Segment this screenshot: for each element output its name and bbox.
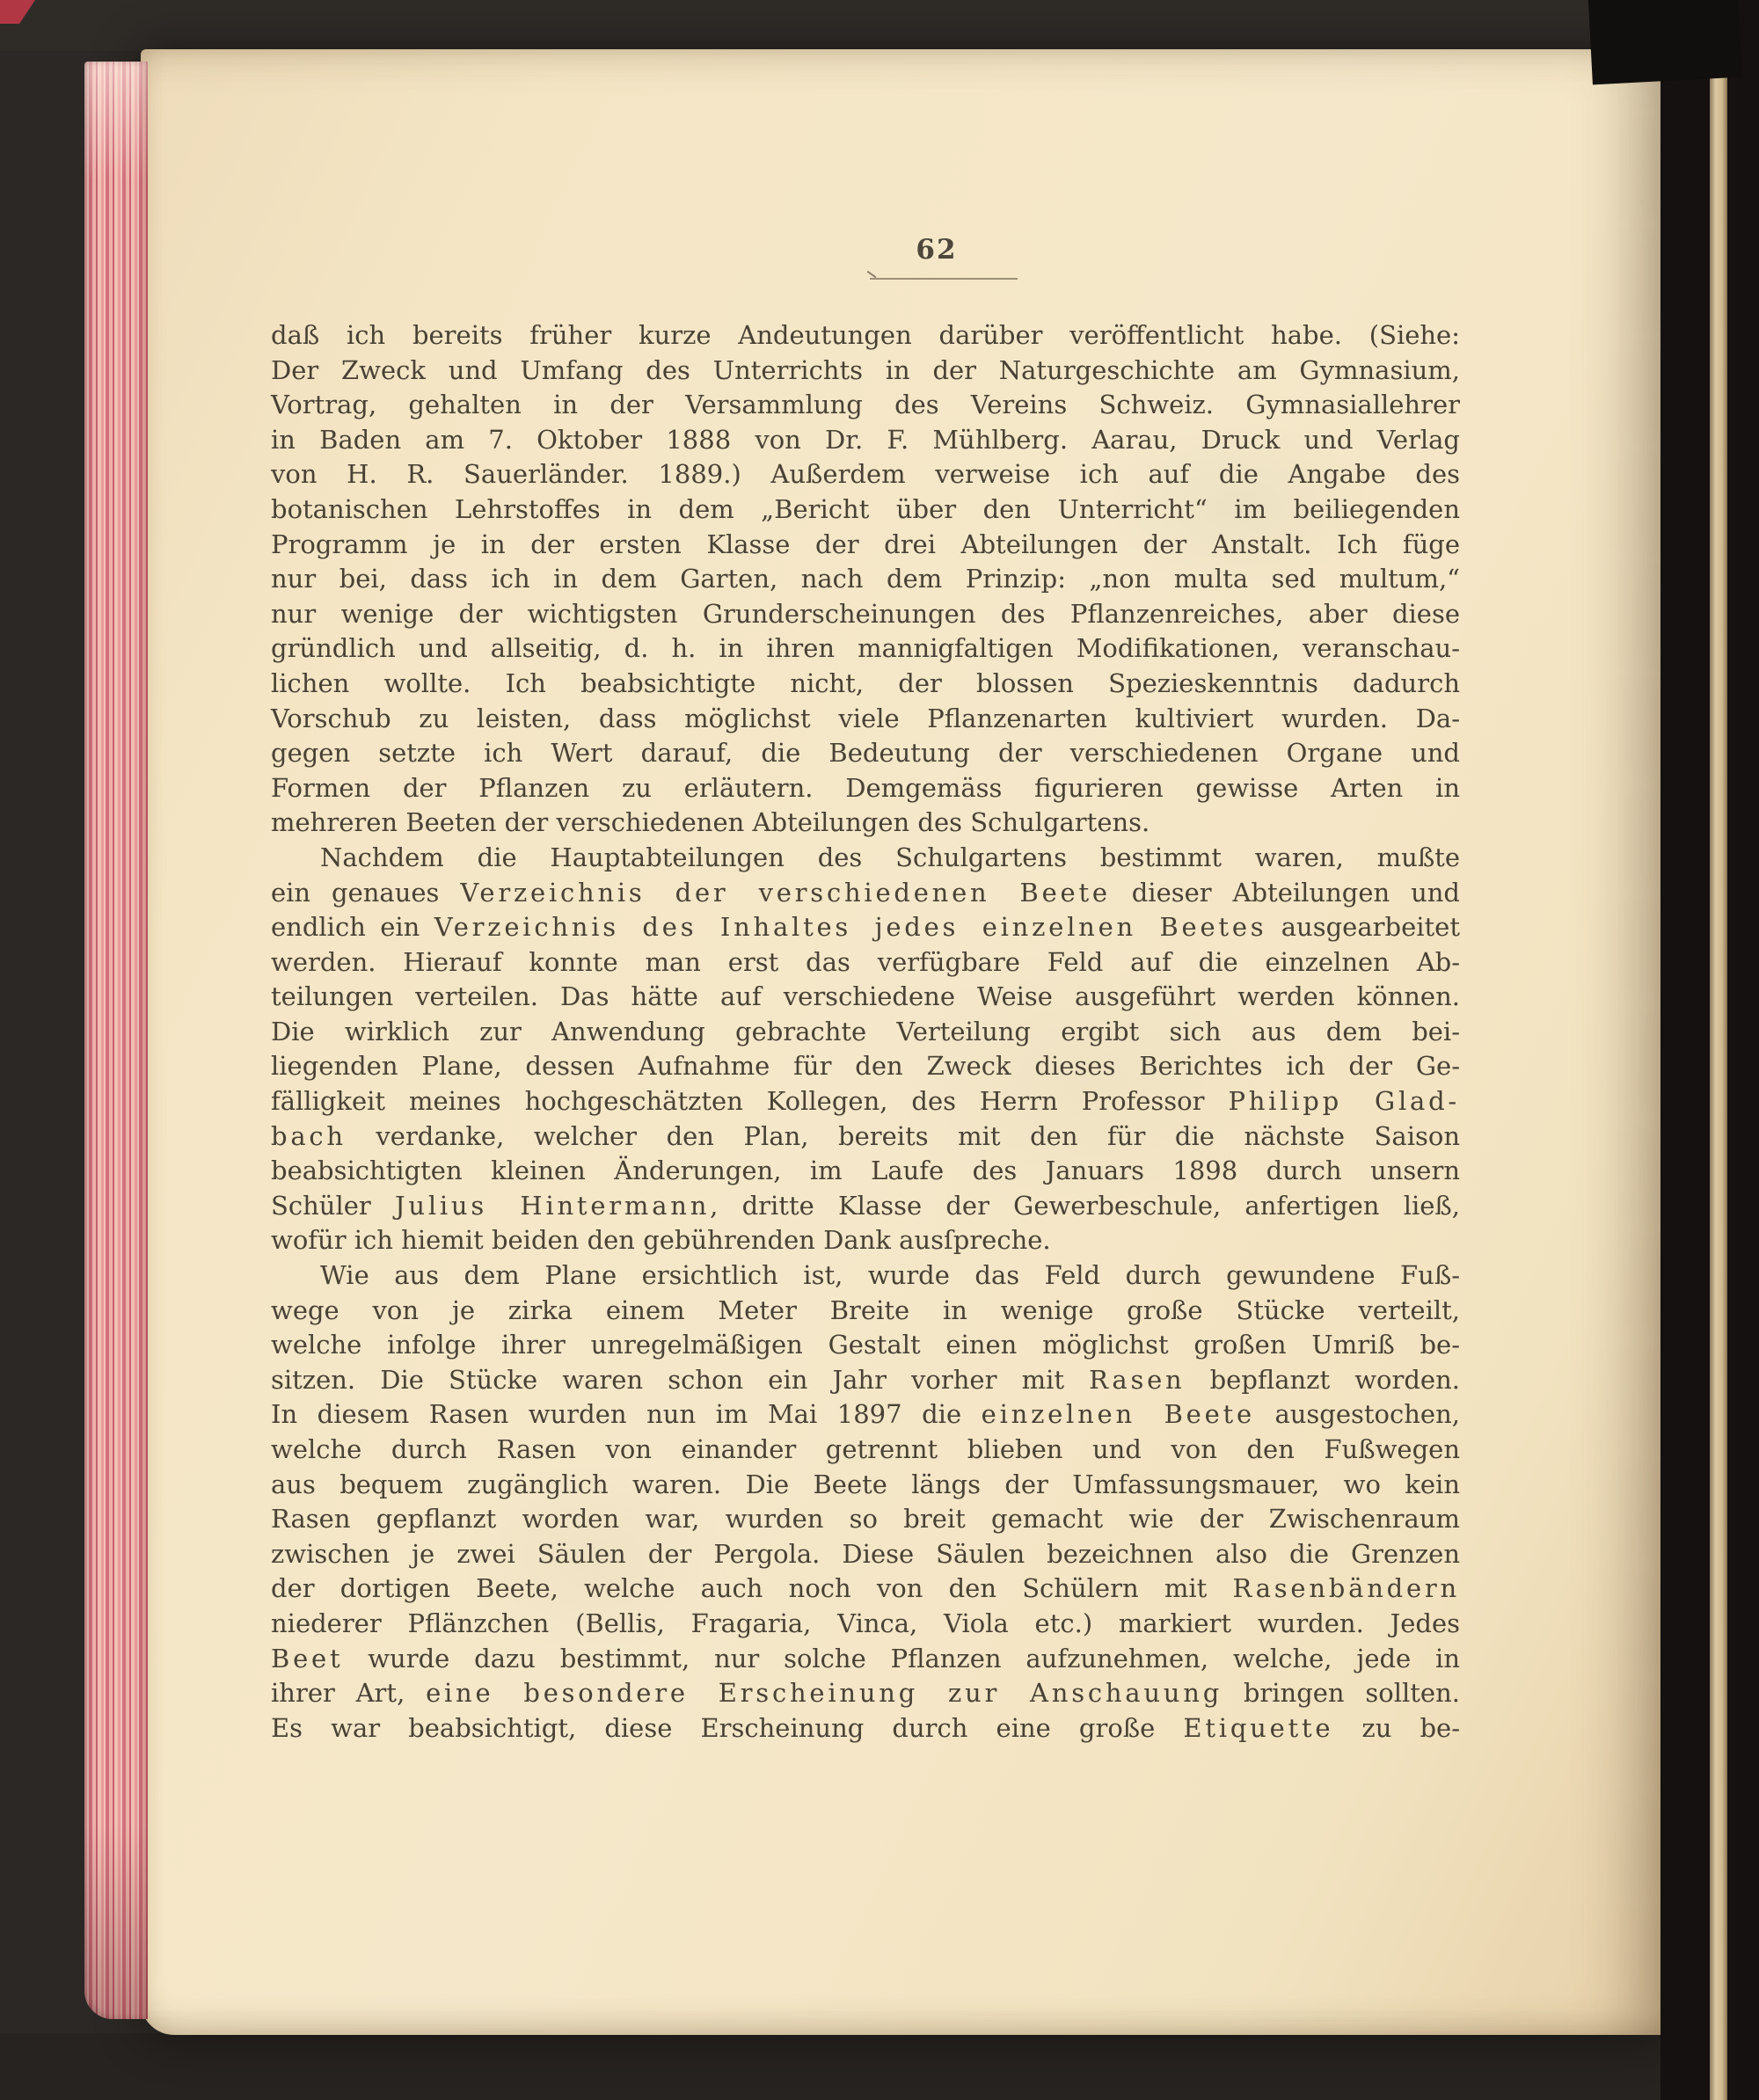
- text-line: In diesem Rasen wurden nun im Mai 1897 d…: [271, 1397, 1460, 1433]
- text-line: botanischen Lehrstoffes in dem „Bericht …: [271, 492, 1460, 528]
- text-line: Formen der Pflanzen zu erläutern. Demgem…: [271, 771, 1460, 806]
- text-line: Vortrag, gehalten in der Versammlung des…: [271, 388, 1460, 423]
- text-line: Nachdem die Hauptabteilungen des Schulga…: [271, 841, 1460, 876]
- text-line: in Baden am 7. Oktober 1888 von Dr. F. M…: [271, 423, 1460, 458]
- text-line: beabsichtigten kleinen Änderungen, im La…: [271, 1154, 1460, 1189]
- next-page-edge: [1710, 42, 1727, 2100]
- text-line: Beet wurde dazu bestimmt, nur solche Pfl…: [271, 1642, 1460, 1677]
- letterspaced-text: Verzeichnis des Inhaltes jedes einzelnen…: [434, 912, 1267, 942]
- text-line: lichen wollte. Ich beabsichtigte nicht, …: [271, 667, 1460, 702]
- page-text: daß ich bereits früher kurze Andeutungen…: [271, 318, 1460, 1746]
- text-line: der dortigen Beete, welche auch noch von…: [271, 1571, 1460, 1607]
- text-line: endlich ein Verzeichnis des Inhaltes jed…: [271, 910, 1460, 945]
- text-line: Vorschub zu leisten, dass möglichst viel…: [271, 702, 1460, 737]
- letterspaced-text: Philipp Glad-: [1228, 1086, 1460, 1116]
- text-line: bach verdanke, welcher den Plan, bereits…: [271, 1119, 1460, 1155]
- letterspaced-text: Verzeichnis der verschiedenen Beete: [460, 878, 1111, 908]
- text-line: nur wenige der wichtigsten Grunderschein…: [271, 597, 1460, 632]
- text-line: aus bequem zugänglich waren. Die Beete l…: [271, 1468, 1460, 1503]
- text-line: gründlich und allseitig, d. h. in ihren …: [271, 631, 1460, 667]
- text-line: ein genaues Verzeichnis der verschiedene…: [271, 876, 1460, 911]
- text-line: nur bei, dass ich in dem Garten, nach de…: [271, 562, 1460, 597]
- letterspaced-text: Rasenbändern: [1232, 1573, 1460, 1603]
- text-line: von H. R. Sauerländer. 1889.) Außerdem v…: [271, 457, 1460, 492]
- text-line: zwischen je zwei Säulen der Pergola. Die…: [271, 1537, 1460, 1572]
- background-top: [0, 0, 1759, 51]
- text-line: Programm je in der ersten Klasse der dre…: [271, 528, 1460, 563]
- letterspaced-text: bach: [271, 1121, 347, 1151]
- text-line: Wie aus dem Plane ersichtlich ist, wurde…: [271, 1258, 1460, 1294]
- text-line: ihrer Art, eine besondere Erscheinung zu…: [271, 1676, 1460, 1711]
- text-line: fälligkeit meines hochgeschätzten Kolleg…: [271, 1084, 1460, 1119]
- letterspaced-text: Beet: [271, 1644, 343, 1673]
- text-line: daß ich bereits früher kurze Andeutungen…: [271, 318, 1460, 354]
- letterspaced-text: eine besondere Erscheinung zur Anschauun…: [426, 1678, 1223, 1708]
- page-edge-stack: [84, 62, 148, 2019]
- letterspaced-text: Rasen: [1089, 1365, 1185, 1395]
- letterspaced-text: Etiquette: [1183, 1713, 1333, 1743]
- background-bottom: [0, 2033, 1759, 2100]
- text-line: welche infolge ihrer unregelmäßigen Gest…: [271, 1328, 1460, 1363]
- page-header: 62: [853, 234, 1020, 280]
- text-line: wofür ich hiemit beiden den gebührenden …: [271, 1223, 1460, 1258]
- text-line: Rasen gepflanzt worden war, wurden so br…: [271, 1502, 1460, 1537]
- text-line: Schüler Julius Hintermann, dritte Klasse…: [271, 1189, 1460, 1224]
- text-line: sitzen. Die Stücke waren schon ein Jahr …: [271, 1363, 1460, 1398]
- text-line: niederer Pflänzchen (Bellis, Fragaria, V…: [271, 1607, 1460, 1642]
- text-line: welche durch Rasen von einander getrennt…: [271, 1433, 1460, 1468]
- text-line: gegen setzte ich Wert darauf, die Bedeut…: [271, 736, 1460, 771]
- text-line: werden. Hierauf konnte man erst das verf…: [271, 945, 1460, 981]
- corner-shadow: [1587, 0, 1741, 84]
- page-number-rule: [870, 278, 1018, 280]
- letterspaced-text: einzelnen Beete: [982, 1399, 1255, 1429]
- letterspaced-text: Julius Hintermann: [395, 1191, 710, 1221]
- text-line: Die wirklich zur Anwendung gebrachte Ver…: [271, 1015, 1460, 1050]
- book-scan: 62 daß ich bereits früher kurze Andeutun…: [0, 0, 1759, 2100]
- text-line: teilungen verteilen. Das hätte auf versc…: [271, 980, 1460, 1015]
- text-line: wege von je zirka einem Meter Breite in …: [271, 1294, 1460, 1329]
- text-line: Es war beabsichtigt, diese Erscheinung d…: [271, 1711, 1460, 1746]
- text-line: Der Zweck und Umfang des Unterrichts in …: [271, 354, 1460, 389]
- book-page: 62 daß ich bereits früher kurze Andeutun…: [141, 49, 1664, 2035]
- text-line: liegenden Plane, dessen Aufnahme für den…: [271, 1049, 1460, 1084]
- page-number: 62: [853, 234, 1020, 266]
- text-line: mehreren Beeten der verschiedenen Abteil…: [271, 806, 1460, 841]
